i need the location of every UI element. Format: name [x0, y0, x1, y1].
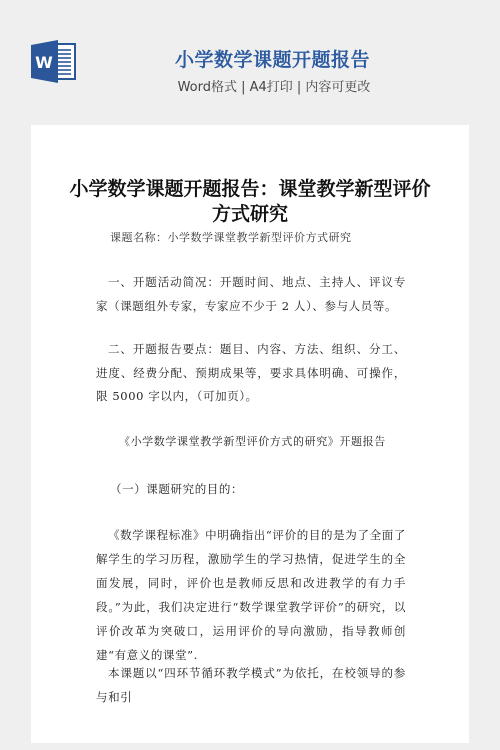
- document-title: 小学数学课题开题报告：课堂教学新型评价 方式研究: [31, 177, 469, 227]
- section-heading-purpose: （一）课题研究的目的：: [110, 478, 420, 502]
- paragraph-curriculum-standard: 《数学课程标准》中明确指出“评价的目的是为了全面了解学生的学习历程，激励学生的学…: [96, 523, 406, 667]
- report-heading: 《小学数学课堂教学新型评价方式的研究》开题报告: [119, 430, 429, 454]
- document-page: 小学数学课题开题报告：课堂教学新型评价 方式研究 课题名称：小学数学课堂教学新型…: [31, 125, 469, 743]
- topic-name: 课题名称：小学数学课堂教学新型评价方式研究: [110, 229, 352, 245]
- document-title-line2: 方式研究: [31, 202, 469, 227]
- paragraph-topic-basis: 本课题以“四环节循环教学模式”为依托，在校领导的参与和引: [96, 662, 406, 709]
- header-subtitle: Word格式 | A4打印 | 内容可更改: [0, 76, 500, 95]
- paragraph-report-points: 二、开题报告要点：题目、内容、方法、组织、分工、进度、经费分配、预期成果等，要求…: [96, 338, 406, 409]
- paragraph-opening-overview: 一、开题活动简况：开题时间、地点、主持人、评议专家（课题组外专家，专家应不少于 …: [96, 271, 406, 318]
- header-banner: W 小学数学课题开题报告 Word格式 | A4打印 | 内容可更改: [0, 0, 500, 125]
- header-title: 小学数学课题开题报告: [0, 45, 500, 72]
- document-title-line1: 小学数学课题开题报告：课堂教学新型评价: [31, 177, 469, 202]
